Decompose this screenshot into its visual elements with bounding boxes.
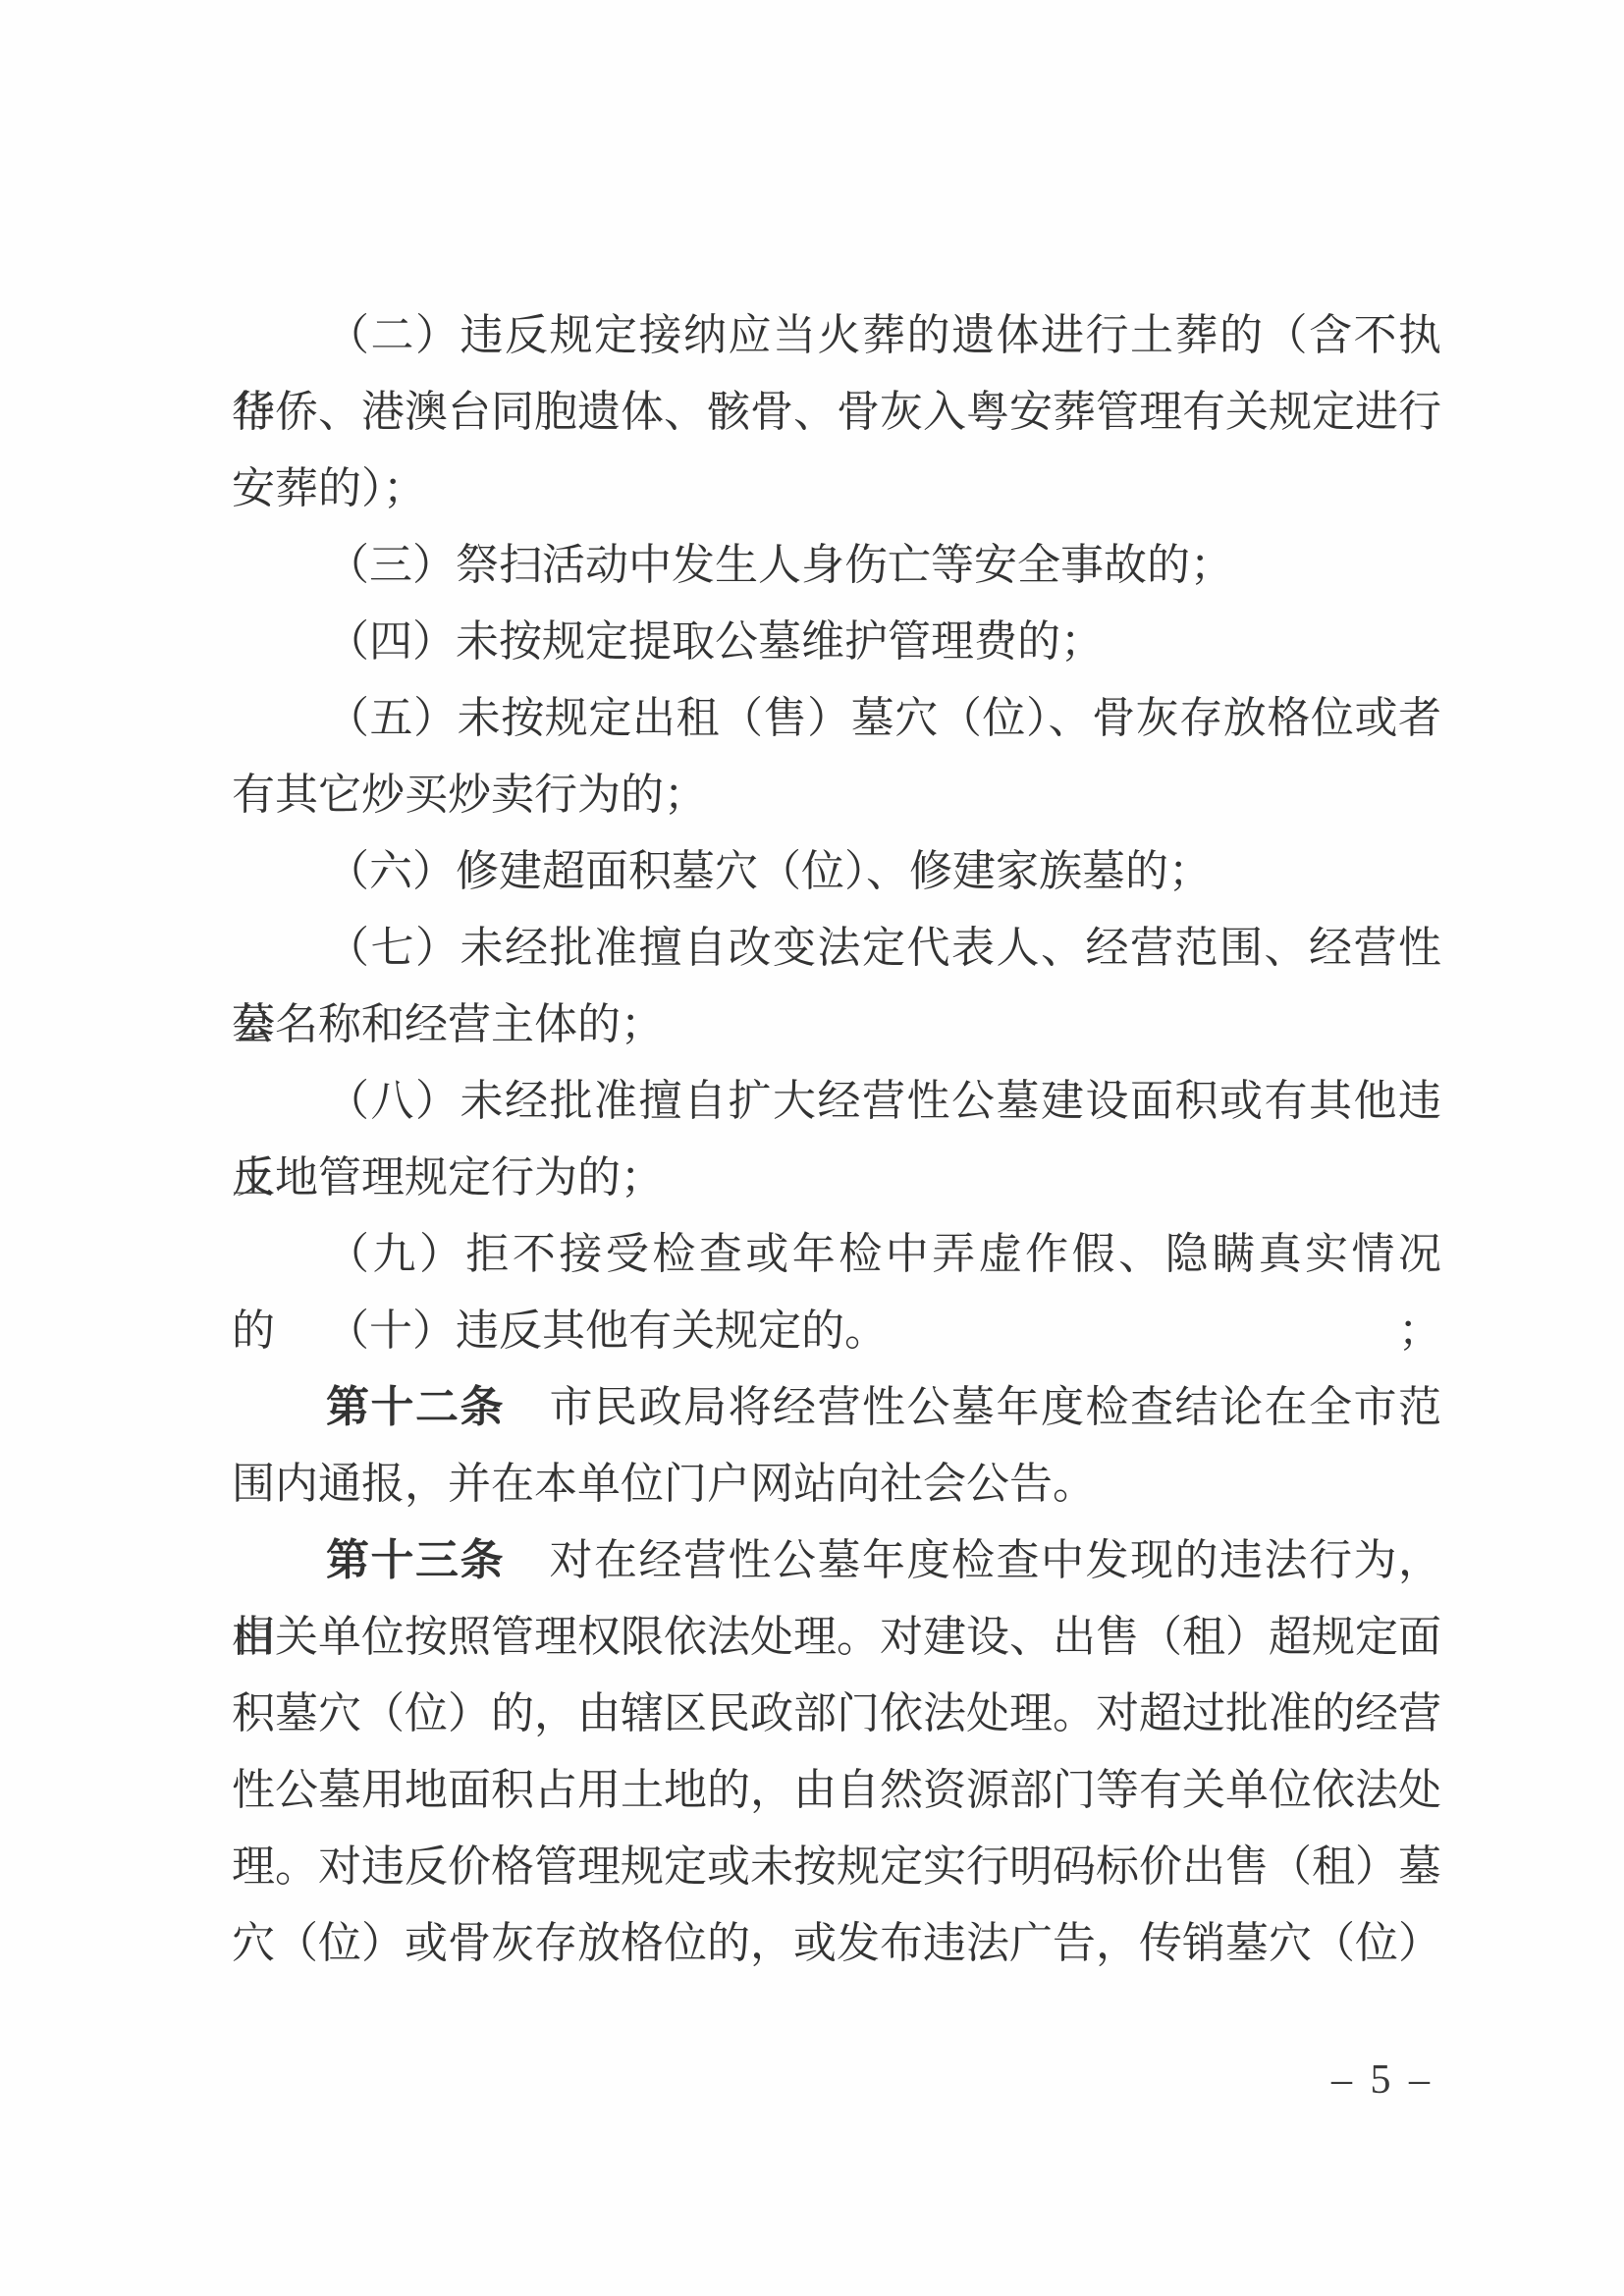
text-line: （五）未按规定出租（售）墓穴（位）、骨灰存放格位或者 xyxy=(232,680,1441,757)
text-line: 有其它炒买炒卖行为的； xyxy=(232,757,1441,833)
text-line: （七）未经批准擅自改变法定代表人、经营范围、经营性公 xyxy=(232,910,1441,987)
text-line: （二）违反规定接纳应当火葬的遗体进行土葬的（含不执行 xyxy=(232,297,1441,374)
text-line: 围内通报，并在本单位门户网站向社会公告。 xyxy=(232,1446,1441,1522)
text-line: 性公墓用地面积占用土地的，由自然资源部门等有关单位依法处 xyxy=(232,1752,1441,1829)
text-line: （四）未按规定提取公墓维护管理费的； xyxy=(232,604,1441,680)
text-line: 第十二条 市民政局将经营性公墓年度检查结论在全市范 xyxy=(232,1369,1441,1446)
article-number-bold: 第十二条 xyxy=(326,1383,505,1431)
text-line: 相关单位按照管理权限依法处理。对建设、出售（租）超规定面 xyxy=(232,1599,1441,1676)
text-line: 积墓穴（位）的，由辖区民政部门依法处理。对超过批准的经营 xyxy=(232,1676,1441,1752)
text-line: 华侨、港澳台同胞遗体、骸骨、骨灰入粤安葬管理有关规定进行 xyxy=(232,374,1441,451)
text-line: 墓名称和经营主体的； xyxy=(232,987,1441,1063)
text-line: （三）祭扫活动中发生人身伤亡等安全事故的； xyxy=(232,527,1441,604)
text-line: （六）修建超面积墓穴（位）、修建家族墓的； xyxy=(232,833,1441,910)
text-line: 安葬的）； xyxy=(232,451,1441,527)
text-line: （八）未经批准擅自扩大经营性公墓建设面积或有其他违反 xyxy=(232,1063,1441,1140)
text-line: 第十三条 对在经营性公墓年度检查中发现的违法行为，由 xyxy=(232,1522,1441,1599)
text-line: 穴（位）或骨灰存放格位的，或发布违法广告，传销墓穴（位） xyxy=(232,1905,1441,1982)
article-number-bold: 第十三条 xyxy=(326,1536,505,1584)
page-number: – 5 – xyxy=(1331,2056,1434,2105)
document-page: （二）违反规定接纳应当火葬的遗体进行土葬的（含不执行华侨、港澳台同胞遗体、骸骨、… xyxy=(0,0,1624,2296)
text-line: 理。对违反价格管理规定或未按规定实行明码标价出售（租）墓 xyxy=(232,1829,1441,1905)
document-body: （二）违反规定接纳应当火葬的遗体进行土葬的（含不执行华侨、港澳台同胞遗体、骸骨、… xyxy=(232,297,1441,1982)
text-line: （九）拒不接受检查或年检中弄虚作假、隐瞒真实情况的； xyxy=(232,1216,1441,1293)
text-line: 土地管理规定行为的； xyxy=(232,1140,1441,1216)
